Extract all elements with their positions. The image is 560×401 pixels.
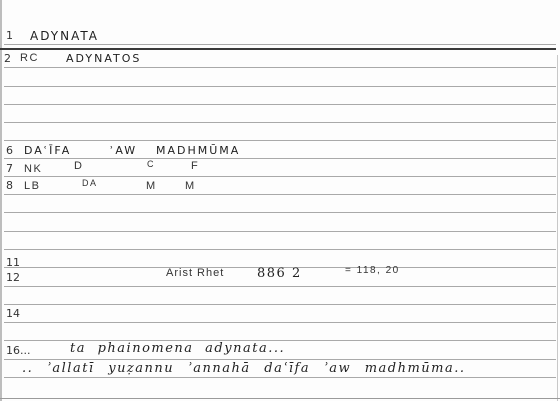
variant-f: F [191,161,199,172]
line-number-12: 12 [6,272,20,283]
header-divider [0,48,556,50]
index-card: 1 ADYNATA 2 RC ADYNATOS 6 DAʿĪFA ʾAW MAD… [0,0,560,401]
line-number-8: 8 [6,180,13,191]
line-number-2: 2 [4,53,11,64]
ellipsis: ... [20,345,31,356]
variant-da: DA [82,179,98,188]
ruled-line [4,249,556,250]
line-number-7: 7 [6,163,13,174]
variant-m-2: M [185,181,196,192]
line-number-11: 11 [6,257,20,268]
ruled-line [4,231,556,232]
ruled-line [4,359,556,360]
variant-form: ADYNATOS [66,53,141,64]
ruled-line [4,304,556,305]
line-number-6: 6 [6,145,13,156]
line-number-16: 16 [6,345,20,356]
arabic-word-1: DAʿĪFA [24,145,71,156]
arabic-word-3: MADHMŪMA [156,145,240,156]
ruled-line [4,322,556,323]
ruled-line [4,86,556,87]
variant-m-1: M [146,181,157,192]
ruled-line [4,377,556,378]
ruled-line [4,212,556,213]
source-siglum-lb: LB [24,181,40,192]
headword: ADYNATA [30,30,99,42]
citation-equivalence: = 118, 20 [345,266,400,276]
ruled-line [4,286,556,287]
ruled-line [4,158,556,159]
line-number-1: 1 [6,30,13,41]
ruled-line [4,194,556,195]
card-left-edge [0,0,2,401]
ruled-line [4,140,556,141]
ruled-line [4,176,556,177]
variant-c: C [147,160,155,169]
line-number-14: 14 [6,308,20,319]
greek-transliteration: ta phainomena adynata... [70,342,285,355]
ruled-line [4,44,556,45]
citation-locus: 886 2 [257,267,302,280]
citation-author-work: Arist Rhet [166,268,224,279]
ruled-line [4,122,556,123]
source-siglum-nk: NK [24,164,42,175]
arabic-word-2: ʾAW [110,145,137,156]
card-right-edge [557,55,558,401]
card-bottom-edge [0,398,560,399]
variant-d: D [74,161,83,172]
ruled-line [4,104,556,105]
arabic-transliteration: .. ʾallatī yuẓannu ʾannahā daʿīfa ʾaw ma… [22,362,466,375]
source-siglum-rc: RC [20,53,39,64]
ruled-line [4,67,556,68]
